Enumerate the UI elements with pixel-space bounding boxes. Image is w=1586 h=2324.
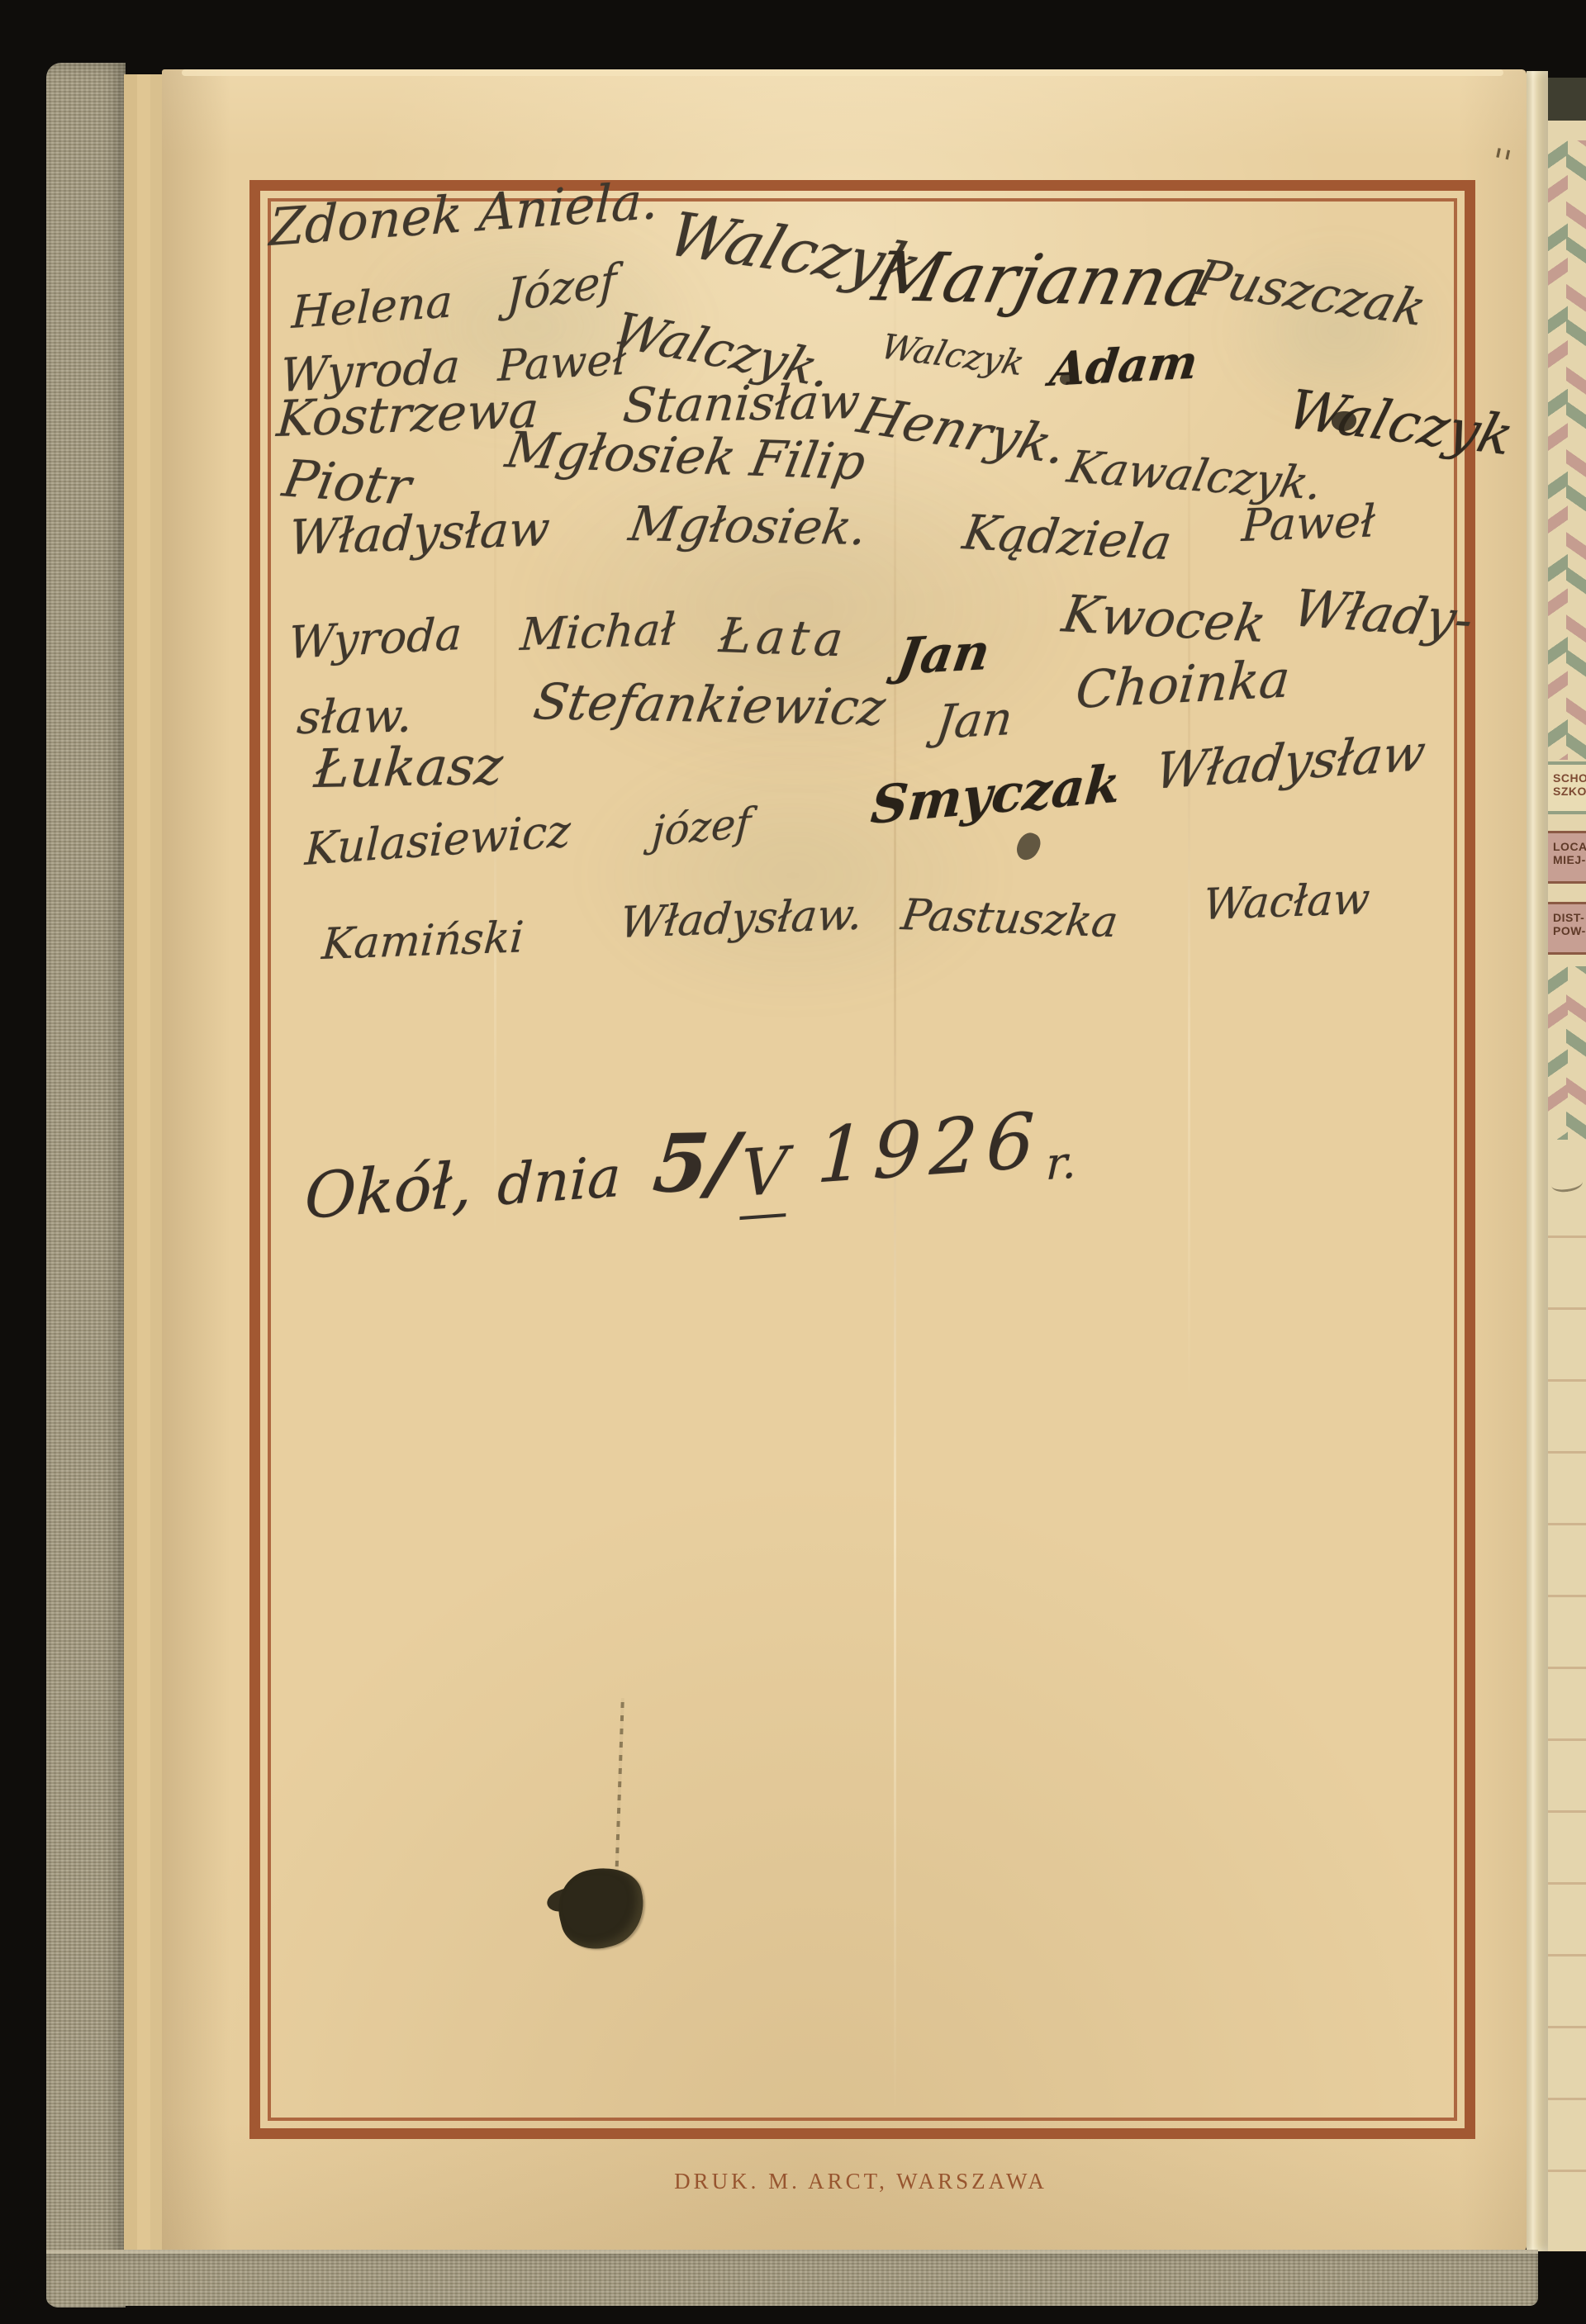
ruled-lines	[1548, 1217, 1586, 2241]
adjacent-page: SCHO- SZKO- LOCA- MIEJ- DIST- POW-	[1548, 78, 1586, 2251]
date-month: V	[739, 1134, 789, 1220]
signature-pawel-2: Paweł	[1241, 499, 1376, 548]
label-line: MIEJ-	[1553, 853, 1586, 866]
signature-lata: Łata	[717, 611, 850, 663]
signature-jan-2: Jan	[933, 696, 1015, 747]
handwriting-glimpse	[1550, 1174, 1584, 1193]
page-stack-edge	[124, 74, 137, 2251]
chevron-ornament	[1548, 140, 1586, 760]
chevron-ornament	[1566, 140, 1586, 760]
signature-kadziela: Kądziela	[960, 508, 1175, 567]
signature-choinka: Choinka	[1074, 653, 1292, 716]
signature-marjanna: Marjanna	[867, 244, 1214, 317]
imprint: DRUK. M. ARCT, WARSZAWA	[674, 2169, 1047, 2194]
signature-jan-1: Jan	[894, 628, 993, 682]
page-stack-edge	[137, 74, 150, 2251]
label-banner-district: DIST- POW-	[1548, 902, 1586, 955]
label-banner-locality: LOCA- MIEJ-	[1548, 831, 1586, 884]
chevron-ornament	[1548, 140, 1568, 760]
signature-kwocek: Kwocek	[1059, 588, 1270, 649]
label-line: SZKO-	[1553, 785, 1586, 798]
signature-kostrzewa: Kostrzewa	[275, 386, 540, 444]
signature-wladyslaw-1: Władysław	[287, 505, 552, 562]
date-year: 1926	[815, 1096, 1044, 1201]
date-place: Okół,	[303, 1147, 473, 1233]
signature-mglosiek-filip: Mgłosiek Filip	[502, 425, 869, 487]
signature-wladyslaw-3: Władysław.	[618, 894, 865, 945]
chevron-ornament	[1566, 966, 1586, 1140]
signature-pastuszka: Pastuszka	[899, 894, 1120, 944]
signature-mglosiek-2: Mgłosiek.	[626, 500, 871, 552]
signature-jozef-2: józef	[651, 802, 752, 852]
label-line: DIST-	[1553, 911, 1586, 924]
date-suffix: r.	[1045, 1136, 1077, 1190]
chevron-ornament	[1548, 966, 1568, 1140]
label-banner-school: SCHO- SZKO-	[1548, 761, 1586, 814]
signature-wlady-hyphen: Włady-	[1289, 583, 1478, 646]
signature-piotr: Piotr	[279, 453, 415, 513]
signature-wyroda-2: Wyroda	[287, 612, 463, 666]
signature-stefankiewicz: Stefankiewicz	[530, 677, 889, 733]
signature-lukasz: Łukasz	[312, 740, 505, 796]
date-word: dnia	[496, 1145, 622, 1219]
adjacent-page-header-band	[1548, 78, 1586, 121]
signature-stanislaw: Stanisław	[621, 377, 862, 429]
chevron-ornament	[1548, 966, 1586, 1140]
signature-kaminski: Kamiński	[321, 916, 525, 966]
signature-pawel-1: Paweł	[497, 339, 626, 388]
label-line: LOCA-	[1553, 840, 1586, 853]
signature-helena: Helena	[291, 279, 453, 335]
label-line: POW-	[1553, 924, 1586, 937]
date-day: 5/	[649, 1115, 741, 1211]
label-line: SCHO-	[1553, 771, 1586, 785]
signature-slaw: sław.	[296, 694, 413, 742]
signature-michal: Michał	[519, 607, 677, 657]
signature-adam: Adam	[1047, 339, 1200, 393]
signature-waclaw: Wacław	[1202, 878, 1371, 927]
cloth-cover-spine	[46, 63, 126, 2307]
page-top-edge	[182, 69, 1503, 76]
glossy-page-edge	[1527, 71, 1548, 2251]
scanned-book-page: '' Zdonek Aniela. Walczyk Marjanna Puszc…	[0, 0, 1586, 2324]
cloth-cover-bottom-edge	[46, 2250, 1538, 2306]
